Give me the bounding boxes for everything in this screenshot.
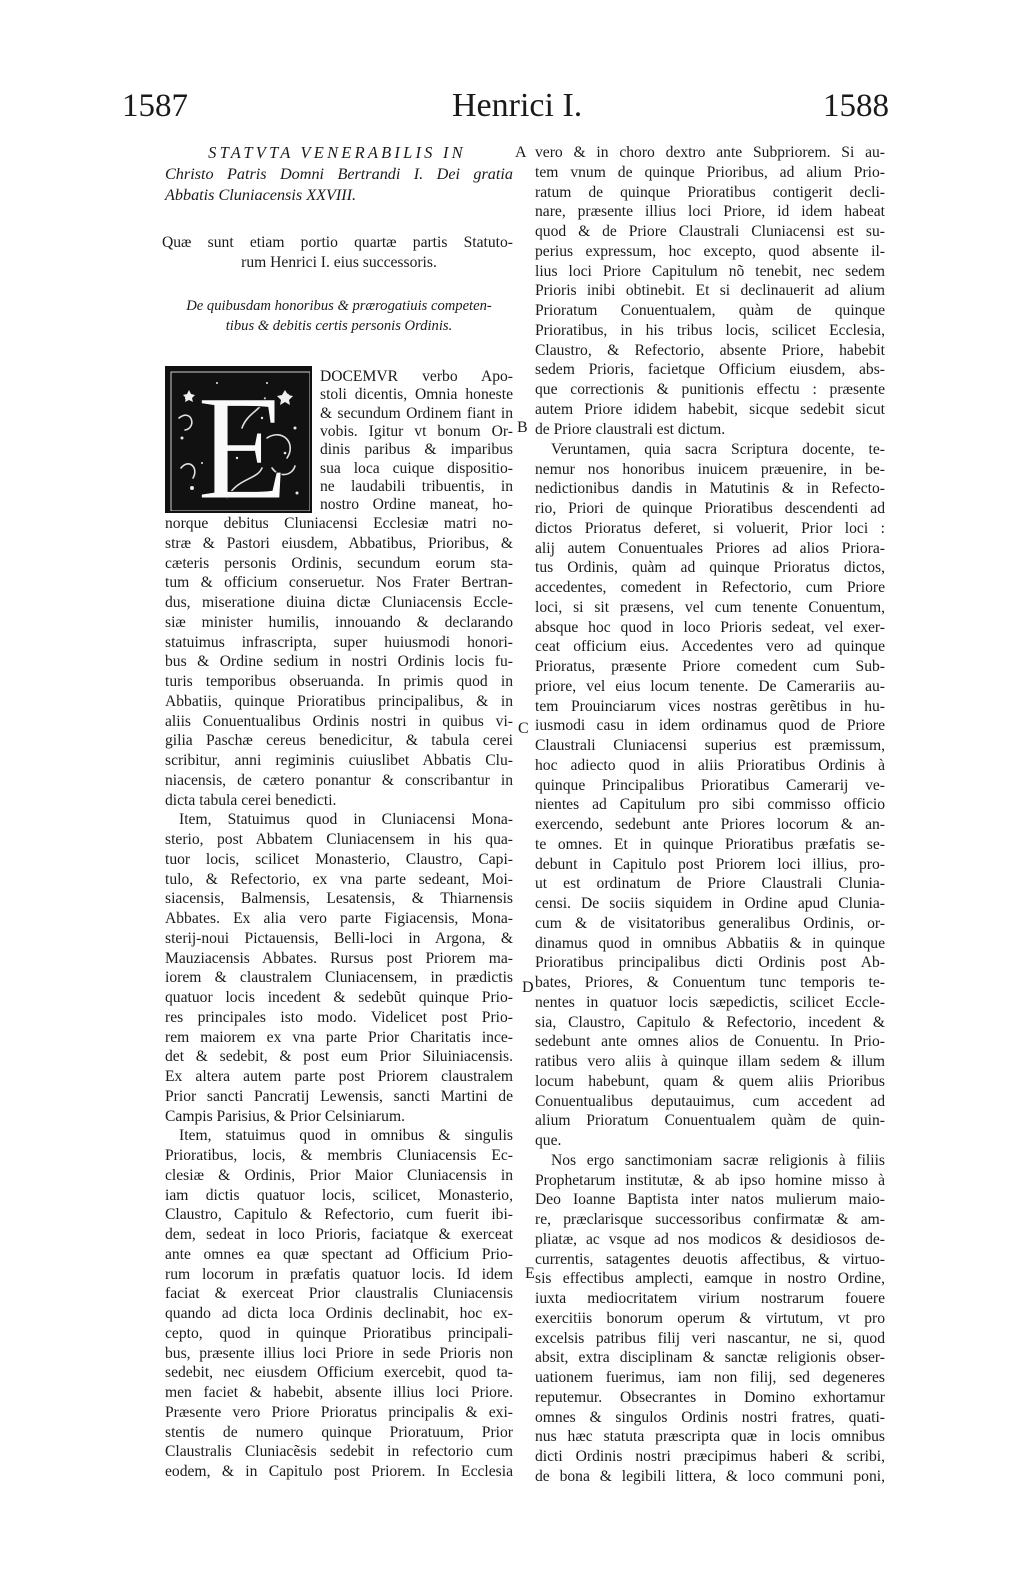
text-line: Mauziacensis Abbates. Rursus post Priore… [165,949,513,969]
text-line: clesiæ & Ordinis, Prior Maior Cluniacens… [165,1166,513,1186]
text-line: te omnes. Et in quinque Prioratibus præf… [535,835,885,855]
text-line: de bona & legibili littera, & loco commu… [535,1467,885,1487]
text-line: lius loci Priore Capitulum nõ tenebit, n… [535,262,885,282]
text-line: men faciet & habebit, absente illius loc… [165,1383,513,1403]
text-line: omnes & singulos Ordinis nostri fratres,… [535,1408,885,1428]
text-line: res principales isto modo. Videlicet pos… [165,1008,513,1028]
text-line: Prioratibus, locis, & membris Cluniacens… [165,1146,513,1166]
text-line: alij autem Conuentuales Priores ad alios… [535,539,885,559]
dropcap-line: vobis. Igitur vt bonum Or- [320,422,513,442]
text-line: bus, præsente illius loci Priore in sede… [165,1344,513,1364]
text-line: sterij-noui Pictauensis, Belli-loci in A… [165,929,513,949]
text-line: censi. De sociis siquidem in Ordine apud… [535,894,885,914]
text-line: alium Prioratum Conuentualem quàm de qui… [535,1111,885,1131]
page-number-right: 1588 [823,86,889,126]
svg-text:E: E [197,368,289,513]
rubric-line2: tibus & debitis certis personis Ordinis. [165,316,513,336]
text-line: eodem, & in Capitulo post Priorem. In Ec… [165,1462,513,1482]
text-line: absit, extra disciplinam & sanctæ religi… [535,1348,885,1368]
text-line: sis effectibus amplecti, eamque in nostr… [535,1269,885,1289]
text-line: vero & in choro dextro ante Subpriorem. … [535,143,885,163]
dropcap-line: DOCEMVR verbo Apo- [320,367,513,387]
text-line: exercitiis bonorum operum & virtutum, vt… [535,1309,885,1329]
text-line: que. [535,1131,885,1151]
text-line: sedem Prioris, facietque Officium eiusde… [535,360,885,380]
text-line: quinque Principalibus Prioratibus Camera… [535,776,885,796]
text-line: Abbates. Ex alia vero parte Figiacensis,… [165,909,513,929]
text-line: statuimus infrascripta, super huiusmodi … [165,633,513,653]
text-line: locum habebunt, quam & quem aliis Priori… [535,1072,885,1092]
text-line: accedentes, comedent in Refectorio, cum … [535,578,885,598]
dropcap-line: stoli dicentis, Omnia honeste [320,385,513,405]
text-line: autem Priore ididem habebit, sicque sede… [535,400,885,420]
text-line: quando ad dicta loca Ordinis declinabit,… [165,1304,513,1324]
text-line: pliatæ, ac vsque ad nos modicos & desidi… [535,1230,885,1250]
text-line: iam dictis quatuor locis, scilicet, Mona… [165,1186,513,1206]
margin-letter-b: B [517,418,528,438]
text-line: nemur nos honoribus inuicem præuenire, i… [535,460,885,480]
text-line: Ex altera autem parte post Priorem claus… [165,1067,513,1087]
text-line: Deo Ioanne Baptista inter natos mulierum… [535,1190,885,1210]
text-line: loci, si sit præsens, vel cum tenente Co… [535,598,885,618]
statute-title-line3: Abbatis Cluniacensis XXVIII. [165,185,356,205]
dropcap-line: dinis paribus & imparibus [320,440,513,460]
text-line: Claustrali Cluniacensi superius est præm… [535,736,885,756]
text-line: Claustralis Cluniacẽsis sedebit in refec… [165,1442,513,1462]
text-line: tem Prouinciarum vices nostras gerẽtibus… [535,697,885,717]
text-line: Veruntamen, quia sacra Scriptura docente… [551,440,885,460]
text-line: ceat officium eius. Accedentes vero ad q… [535,637,885,657]
floral-ornament-icon: E [167,368,312,513]
text-line: que correctionis & punitionis effectu : … [535,380,885,400]
dropcap-line: sua loca cuique dispositio- [320,459,513,479]
text-line: quod & de Priore Claustrali Cluniacensi … [535,222,885,242]
text-line: Præsente vero Priore Prioratus principal… [165,1403,513,1423]
margin-letter-d: D [522,978,534,998]
text-line: Prioratus, præsente Priore comedent cum … [535,657,885,677]
text-line: Item, statuimus quod in omnibus & singul… [179,1126,513,1146]
text-line: sterio, post Abbatem Cluniacensem in his… [165,830,513,850]
text-line: Prophetarum institutæ, & ab ipso homine … [535,1171,885,1191]
text-line: tus Ordinis, quàm ad quinque Prioratus d… [535,558,885,578]
text-line: dem, sedeat in loco Prioris, faciatque &… [165,1225,513,1245]
text-line: exercendo, sedebunt ante Priores locorum… [535,815,885,835]
text-line: quatuor locis incedent & sedebũt quinque… [165,988,513,1008]
text-line: faciat & exerceat Prior claustralis Clun… [165,1284,513,1304]
text-line: bus & Ordine sedium in nostri Ordinis lo… [165,652,513,672]
subtitle-line2: rum Henrici I. eius successoris. [165,253,513,273]
dropcap-line: & secundum Ordinem fiant in [320,404,513,424]
text-line: dictos Prioratus deferet, si voluerit, P… [535,519,885,539]
dropcap-line: nostro Ordine maneat, ho- [320,495,513,515]
text-line: norque debitus Cluniacensi Ecclesiæ matr… [165,514,513,534]
text-line: Nos ergo sanctimoniam sacræ religionis à… [551,1151,885,1171]
text-line: bates, Priores, & Conuentum tunc tempori… [535,973,885,993]
text-line: de Priore claustrali est dictum. [535,420,885,440]
text-line: iuxta mediocritatem virium nostrarum fou… [535,1289,885,1309]
text-line: absque hoc quod in loco Prioris sedeat, … [535,618,885,638]
text-line: cæteris personis Ordinis, secundum eorum… [165,554,513,574]
text-line: Claustro, & Refectorio, absente Priore, … [535,341,885,361]
text-line: Prior sancti Pancratij Lewensis, sancti … [165,1087,513,1107]
text-line: turis temporibus obseruanda. In primis q… [165,672,513,692]
text-line: dinamus quod in omnibus Abbatiis & in qu… [535,934,885,954]
text-line: ratibus vero aliis à quinque illam sedem… [535,1052,885,1072]
text-line: nare, præsente illius loci Priore, id id… [535,202,885,222]
text-line: Prioratibus principalibus dicti Ordinis … [535,953,885,973]
statute-title-caps: STATVTA VENERABILIS IN [163,143,511,163]
text-line: cum & de visitatoribus generalibus Ordin… [535,914,885,934]
text-line: det & sedebit, & post eum Prior Siluinia… [165,1047,513,1067]
text-line: Claustro, Capitulo & Refectorio, cum fue… [165,1205,513,1225]
text-line: stentis de numero quinque Prioratuum, Pr… [165,1423,513,1443]
text-line: rem maiorem ex vna parte Prior Charitati… [165,1028,513,1048]
text-line: hoc adiecto quod in aliis Prioratibus Or… [535,756,885,776]
text-line: iusmodi casu in idem ordinamus quod de P… [535,716,885,736]
text-line: Prioratum Conuentualem, quàm de quinque [535,301,885,321]
text-line: tem vnum de quinque Prioribus, ad alium … [535,163,885,183]
text-line: ratum de quinque Prioratibus contigerit … [535,183,885,203]
text-line: gilia Paschæ cereus benedicitur, & tabul… [165,731,513,751]
statute-title-line2: Christo Patris Domni Bertrandi I. Dei gr… [165,164,513,184]
text-line: rio, Priori de quinque Prioratibus desce… [535,499,885,519]
text-line: dicta tabula cerei benedicti. [165,791,513,811]
text-line: debunt in Capitulo post Priorem loci ill… [535,855,885,875]
text-line: niacensis, de cætero ponantur & conscrib… [165,771,513,791]
text-line: ante omnes ea quæ spectant ad Officium P… [165,1245,513,1265]
rubric-line1: De quibusdam honoribus & prærogatiuis co… [165,296,513,316]
text-line: nientes ad Capitulum pro sibi commisso o… [535,795,885,815]
text-line: sedebit, nec eiusdem Officium exercebit,… [165,1363,513,1383]
dropcap-line: ne laudabili tribuentis, in [320,477,513,497]
text-line: scribitur, anni regiminis cuiuslibet Abb… [165,751,513,771]
decorated-initial: E [165,366,312,513]
page-number-left: 1587 [122,86,188,126]
text-line: ut est ordinatum de Priore Claustrali Cl… [535,874,885,894]
text-line: Prioris inibi obtinebit. Et si declinaue… [535,281,885,301]
text-line: siacensis, Balmensis, Lesatensis, & Thia… [165,889,513,909]
margin-letter-c: C [518,719,529,739]
text-line: sedebunt ante omnes alios de Conuentu. I… [535,1032,885,1052]
text-line: tuor locis, scilicet Monasterio, Claustr… [165,850,513,870]
text-line: dicti Ordinis nostri præcipimus haberi &… [535,1447,885,1467]
text-line: perius expressum, hoc excepto, quod abse… [535,242,885,262]
text-line: Campis Parisius, & Prior Celsiniarum. [165,1107,513,1127]
text-line: aliis Conuentualibus Ordinis nostri in q… [165,712,513,732]
text-line: currentis, satagentes deuotis affectibus… [535,1250,885,1270]
text-line: re, præclarisque successoribus confirmat… [535,1210,885,1230]
text-line: Item, Statuimus quod in Cluniacensi Mona… [179,810,513,830]
margin-letter-e: E [525,1264,535,1284]
text-line: tum & officium conseruetur. Nos Frater B… [165,573,513,593]
margin-letter-a: A [515,143,527,163]
text-line: Prioratibus, in his tribus locis, scilic… [535,321,885,341]
subtitle-line1: Quæ sunt etiam portio quartæ partis Stat… [162,233,513,253]
text-line: reputemur. Obsecrantes in Domino exhorta… [535,1388,885,1408]
text-line: dus, miseratione diuina dictæ Cluniacens… [165,593,513,613]
text-line: nus hæc statuta præscripta quæ in locis … [535,1427,885,1447]
running-title: Henrici I. [452,86,582,126]
text-line: Conuentualibus deputauimus, cum accedent… [535,1092,885,1112]
text-line: Abbatiis, quinque Prioratibus principali… [165,692,513,712]
text-line: nedictionibus dandis in Matutinis & in R… [535,479,885,499]
text-line: siæ minister humilis, innouando & declar… [165,613,513,633]
text-line: excelsis patribus filij veri nascantur, … [535,1329,885,1349]
text-line: stræ & Pastori eiusdem, Abbatibus, Prior… [165,534,513,554]
text-line: iorem & claustralem Cluniacensem, in præ… [165,968,513,988]
text-line: priore, vel eius locum tenente. De Camer… [535,677,885,697]
text-line: uationem fuerimus, iam non filij, sed de… [535,1368,885,1388]
text-line: sia, Claustro, Capitulo & Refectorio, in… [535,1013,885,1033]
text-line: nentes in quatuor locis sæpedictis, scil… [535,993,885,1013]
text-line: rum locorum in præfatis quatuor locis. I… [165,1265,513,1285]
book-page: 1587 Henrici I. 1588 STATVTA VENERABILIS… [0,0,1024,1572]
text-line: cepto, quod in quinque Prioratibus princ… [165,1324,513,1344]
text-line: tulo, & Refectorio, ex vna parte sedeant… [165,870,513,890]
